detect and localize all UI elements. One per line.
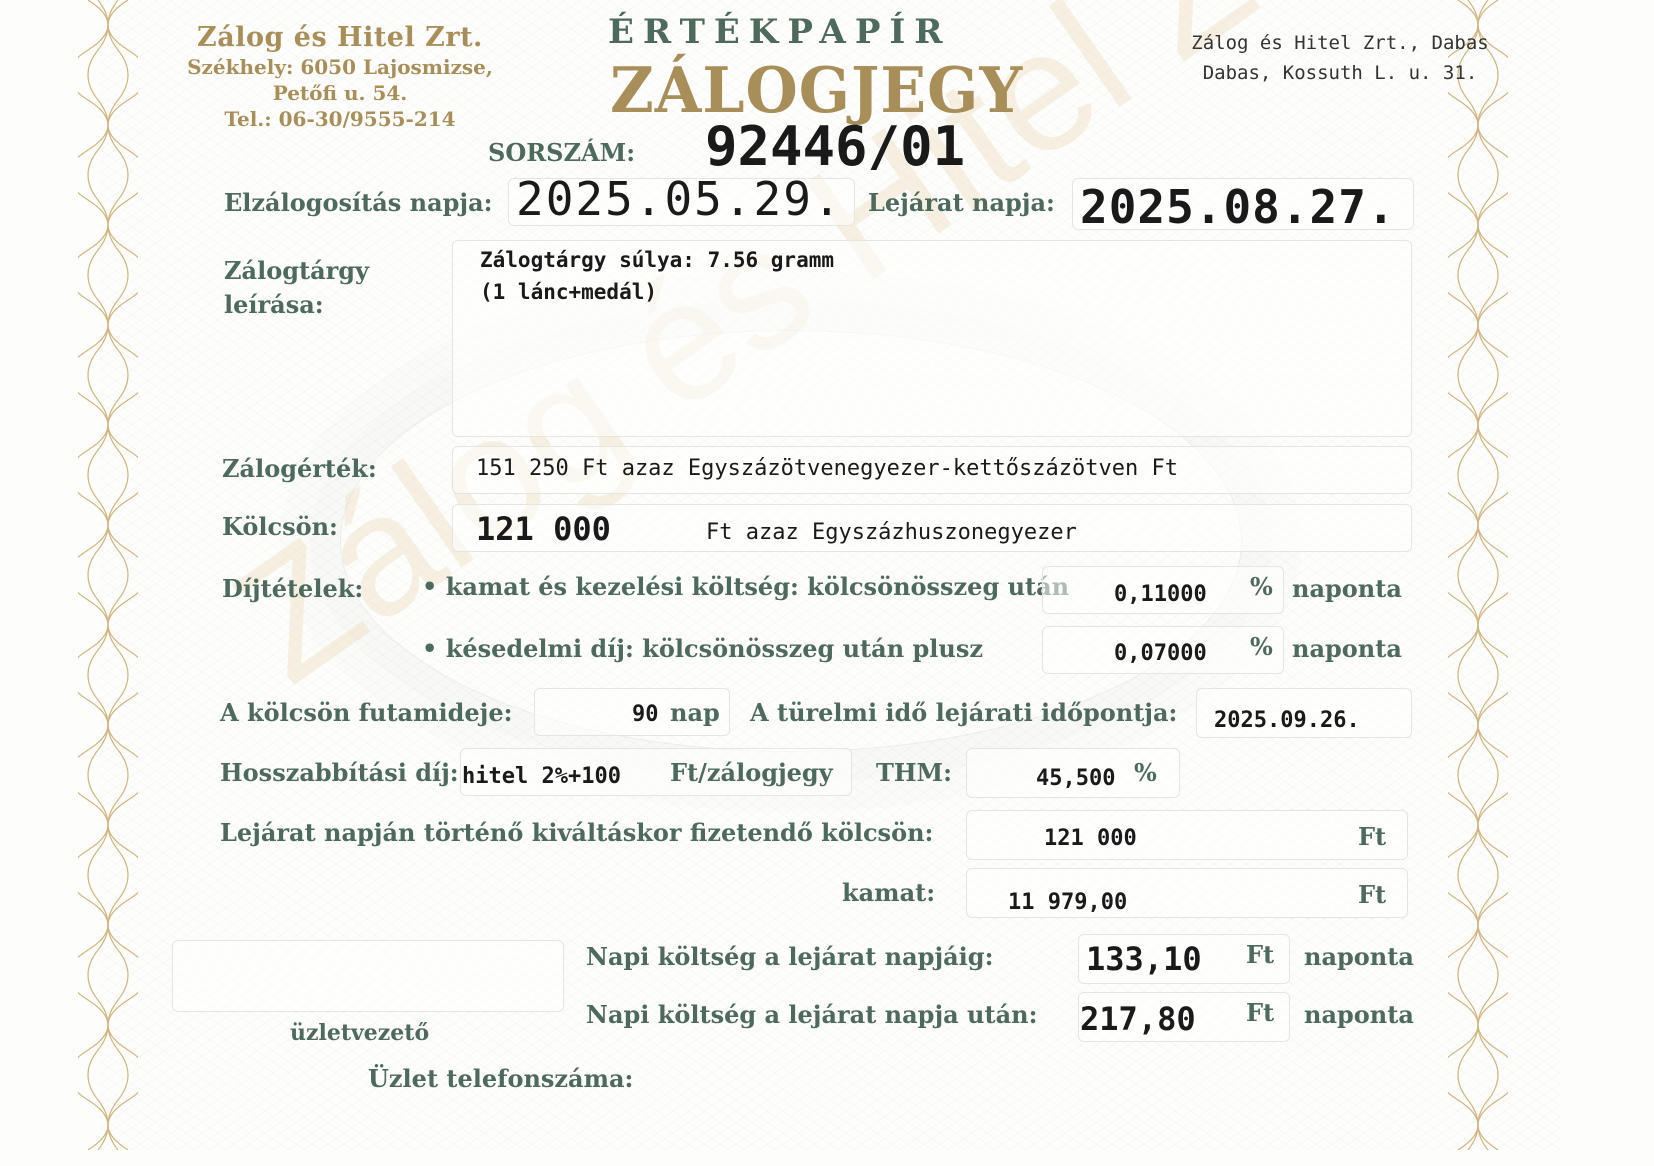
payoff-loan-currency: Ft [1358,822,1386,851]
late-percent-sign: % [1250,632,1273,661]
loan-term-days: 90 [632,702,659,727]
item-description-line-1: Zálogtárgy súlya: 7.56 gramm [480,248,834,272]
interest-per-day: naponta [1292,574,1402,603]
interest-fee-label: • kamat és kezelési költség: kölcsönössz… [422,572,1069,601]
shop-line-1: Zálog és Hitel Zrt., Dabas [1150,28,1530,58]
item-label-line-2: leírása: [224,290,324,319]
daily-cost-until-currency: Ft [1246,940,1274,969]
company-seat: Székhely: 6050 Lajosmizse, [160,55,520,79]
payoff-interest-currency: Ft [1358,880,1386,909]
pledge-date-value: 2025.05.29. [516,172,843,226]
thm-value: 45,500 [1036,766,1115,791]
daily-cost-until-per-day: naponta [1304,942,1414,971]
serial-label: SORSZÁM: [488,138,635,167]
payoff-loan-field [966,810,1408,860]
daily-cost-until-value: 133,10 [1086,940,1202,978]
payoff-label: Lejárat napján történő kiváltáskor fizet… [220,818,933,847]
manager-signature-field [172,940,564,1012]
pawn-ticket: Zálog és Hitel Zrt. Zálog és Hitel Zrt. … [0,0,1654,1166]
late-per-day: naponta [1292,634,1402,663]
manager-label: üzletvezető [290,1020,429,1046]
pledge-value-label: Zálogérték: [222,454,377,483]
extension-fee-label: Hosszabbítási díj: [220,758,459,787]
interest-fee-value: 0,11000 [1114,582,1207,607]
company-name: Zálog és Hitel Zrt. [160,22,520,53]
right-guilloche-border [1448,0,1508,1150]
loan-label: Kölcsön: [222,512,338,541]
grace-period-date: 2025.09.26. [1214,708,1360,733]
fees-label: Díjtételek: [222,574,363,603]
daily-cost-after-label: Napi költség a lejárat napja után: [586,1000,1037,1029]
company-phone: Tel.: 06-30/9555-214 [160,107,520,131]
company-header: Zálog és Hitel Zrt. Székhely: 6050 Lajos… [160,22,520,131]
grace-period-label: A türelmi idő lejárati időpontja: [750,698,1177,727]
daily-cost-after-per-day: naponta [1304,1000,1414,1029]
loan-amount: 121 000 [476,510,611,548]
company-street: Petőfi u. 54. [160,81,520,105]
expiry-date-label: Lejárat napja: [868,188,1055,217]
daily-cost-until-label: Napi költség a lejárat napjáig: [586,942,993,971]
daily-cost-after-currency: Ft [1246,998,1274,1027]
loan-term-unit: nap [670,698,720,727]
left-guilloche-border [78,0,138,1150]
payoff-interest-label: kamat: [842,878,935,907]
serial-number: 92446/01 [705,115,965,178]
daily-cost-after-value: 217,80 [1080,1000,1196,1038]
late-fee-value: 0,07000 [1114,641,1207,666]
shop-address: Zálog és Hitel Zrt., Dabas Dabas, Kossut… [1150,28,1530,88]
payoff-loan-value: 121 000 [1044,826,1137,851]
pledge-date-label: Elzálogosítás napja: [224,188,493,217]
interest-percent-sign: % [1250,572,1273,601]
thm-percent-sign: % [1134,758,1157,787]
shop-phone-label: Üzlet telefonszáma: [368,1064,633,1093]
loan-term-label: A kölcsön futamideje: [220,698,512,727]
shop-line-2: Dabas, Kossuth L. u. 31. [1150,58,1530,88]
extension-fee-unit: Ft/zálogjegy [670,758,833,787]
item-description-line-2: (1 lánc+medál) [480,280,657,304]
payoff-interest-value: 11 979,00 [1008,890,1127,915]
thm-label: THM: [876,758,952,787]
expiry-date-value: 2025.08.27. [1080,180,1396,234]
item-label-line-1: Zálogtárgy [224,256,369,285]
document-type-title: ÉRTÉKPAPÍR [608,12,952,52]
pledge-value-text: 151 250 Ft azaz Egyszázötvenegyezer-kett… [476,456,1178,481]
loan-amount-text: Ft azaz Egyszázhuszonegyezer [706,520,1077,545]
extension-fee-value: hitel 2%+100 [462,764,621,789]
late-fee-label: • késedelmi díj: kölcsönösszeg után plus… [422,634,983,663]
